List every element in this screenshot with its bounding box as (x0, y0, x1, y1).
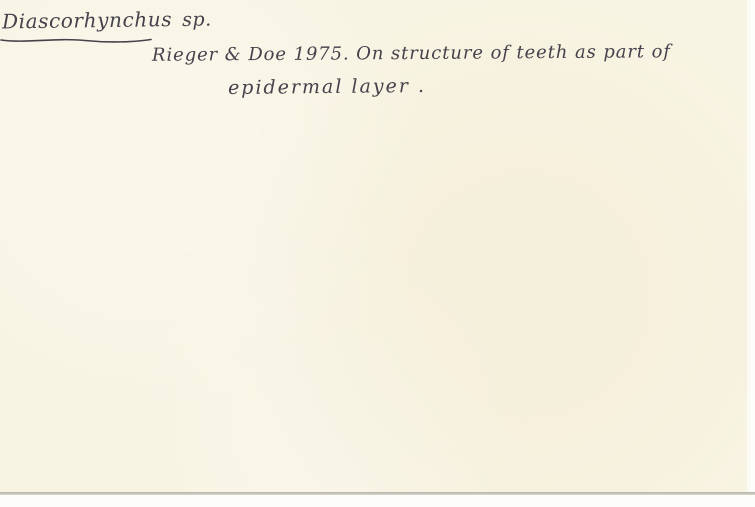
index-card: Diascorhynchussp. Rieger & Doe 1975. On … (0, 0, 751, 492)
card-right-edge (747, 0, 751, 492)
hand-drawn-underline (0, 36, 152, 46)
taxon-suffix: sp. (182, 9, 212, 31)
scanner-background: Diascorhynchussp. Rieger & Doe 1975. On … (0, 0, 755, 507)
card-bottom-edge-shadow (0, 492, 755, 495)
taxon-name: Diascorhynchus (2, 7, 172, 33)
card-title-line: Diascorhynchussp. (2, 7, 212, 34)
reference-note-line2: epidermal layer . (228, 75, 426, 99)
reference-note-line1: Rieger & Doe 1975. On structure of teeth… (152, 41, 671, 66)
